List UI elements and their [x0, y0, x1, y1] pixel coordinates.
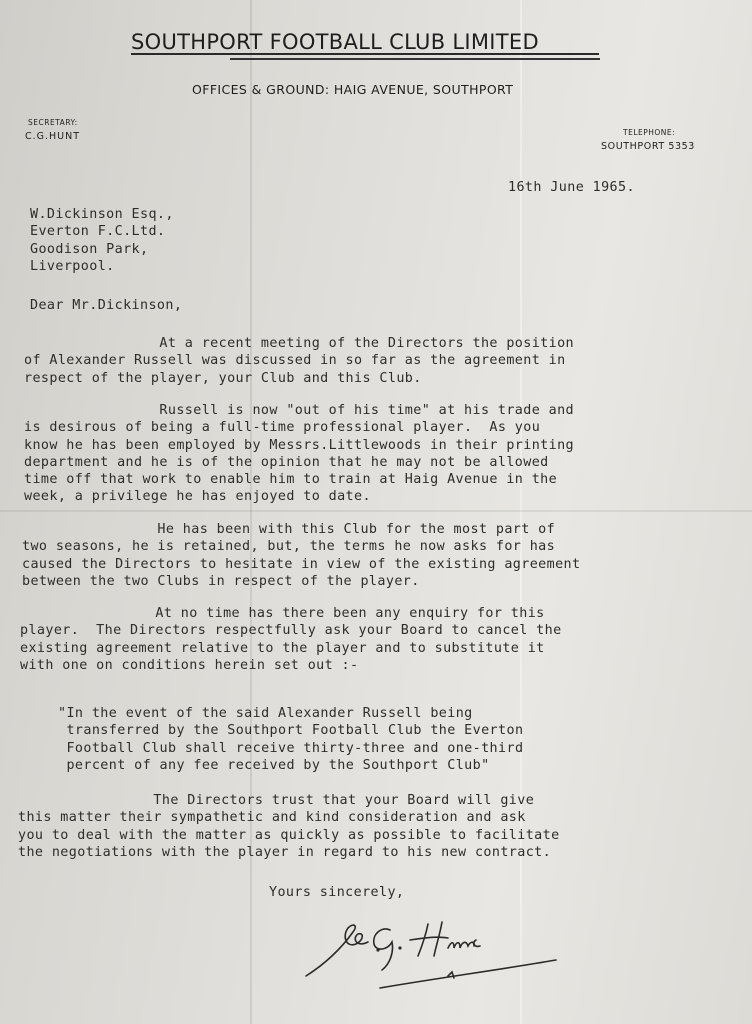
letterhead-underline — [230, 58, 600, 60]
telephone-number: SOUTHPORT 5353 — [601, 141, 695, 152]
letterhead-address: OFFICES & GROUND: HAIG AVENUE, SOUTHPORT — [192, 82, 513, 97]
letter-page: SOUTHPORT FOOTBALL CLUB LIMITED OFFICES … — [0, 0, 752, 1024]
paragraph: The Directors trust that your Board will… — [18, 792, 560, 861]
closing: Yours sincerely, — [269, 884, 404, 901]
recipient-address: W.Dickinson Esq., Everton F.C.Ltd. Goodi… — [30, 206, 174, 275]
paper-fold — [520, 0, 522, 1024]
letter-date: 16th June 1965. — [508, 179, 635, 196]
paragraph: At no time has there been any enquiry fo… — [20, 605, 562, 674]
secretary-label: SECRETARY: — [28, 118, 78, 127]
telephone-label: TELEPHONE: — [623, 128, 675, 137]
paragraph: At a recent meeting of the Directors the… — [24, 335, 574, 387]
paragraph: Russell is now "out of his time" at his … — [24, 402, 574, 506]
letterhead-underline — [131, 53, 599, 55]
salutation: Dear Mr.Dickinson, — [30, 297, 182, 314]
paper-fold — [250, 0, 252, 1024]
paragraph: He has been with this Club for the most … — [22, 521, 580, 590]
paper-fold — [0, 510, 752, 512]
quoted-condition: "In the event of the said Alexander Russ… — [58, 705, 523, 774]
secretary-name: C.G.HUNT — [25, 131, 80, 142]
signature-icon — [298, 912, 568, 992]
letterhead-title: SOUTHPORT FOOTBALL CLUB LIMITED — [131, 30, 539, 54]
